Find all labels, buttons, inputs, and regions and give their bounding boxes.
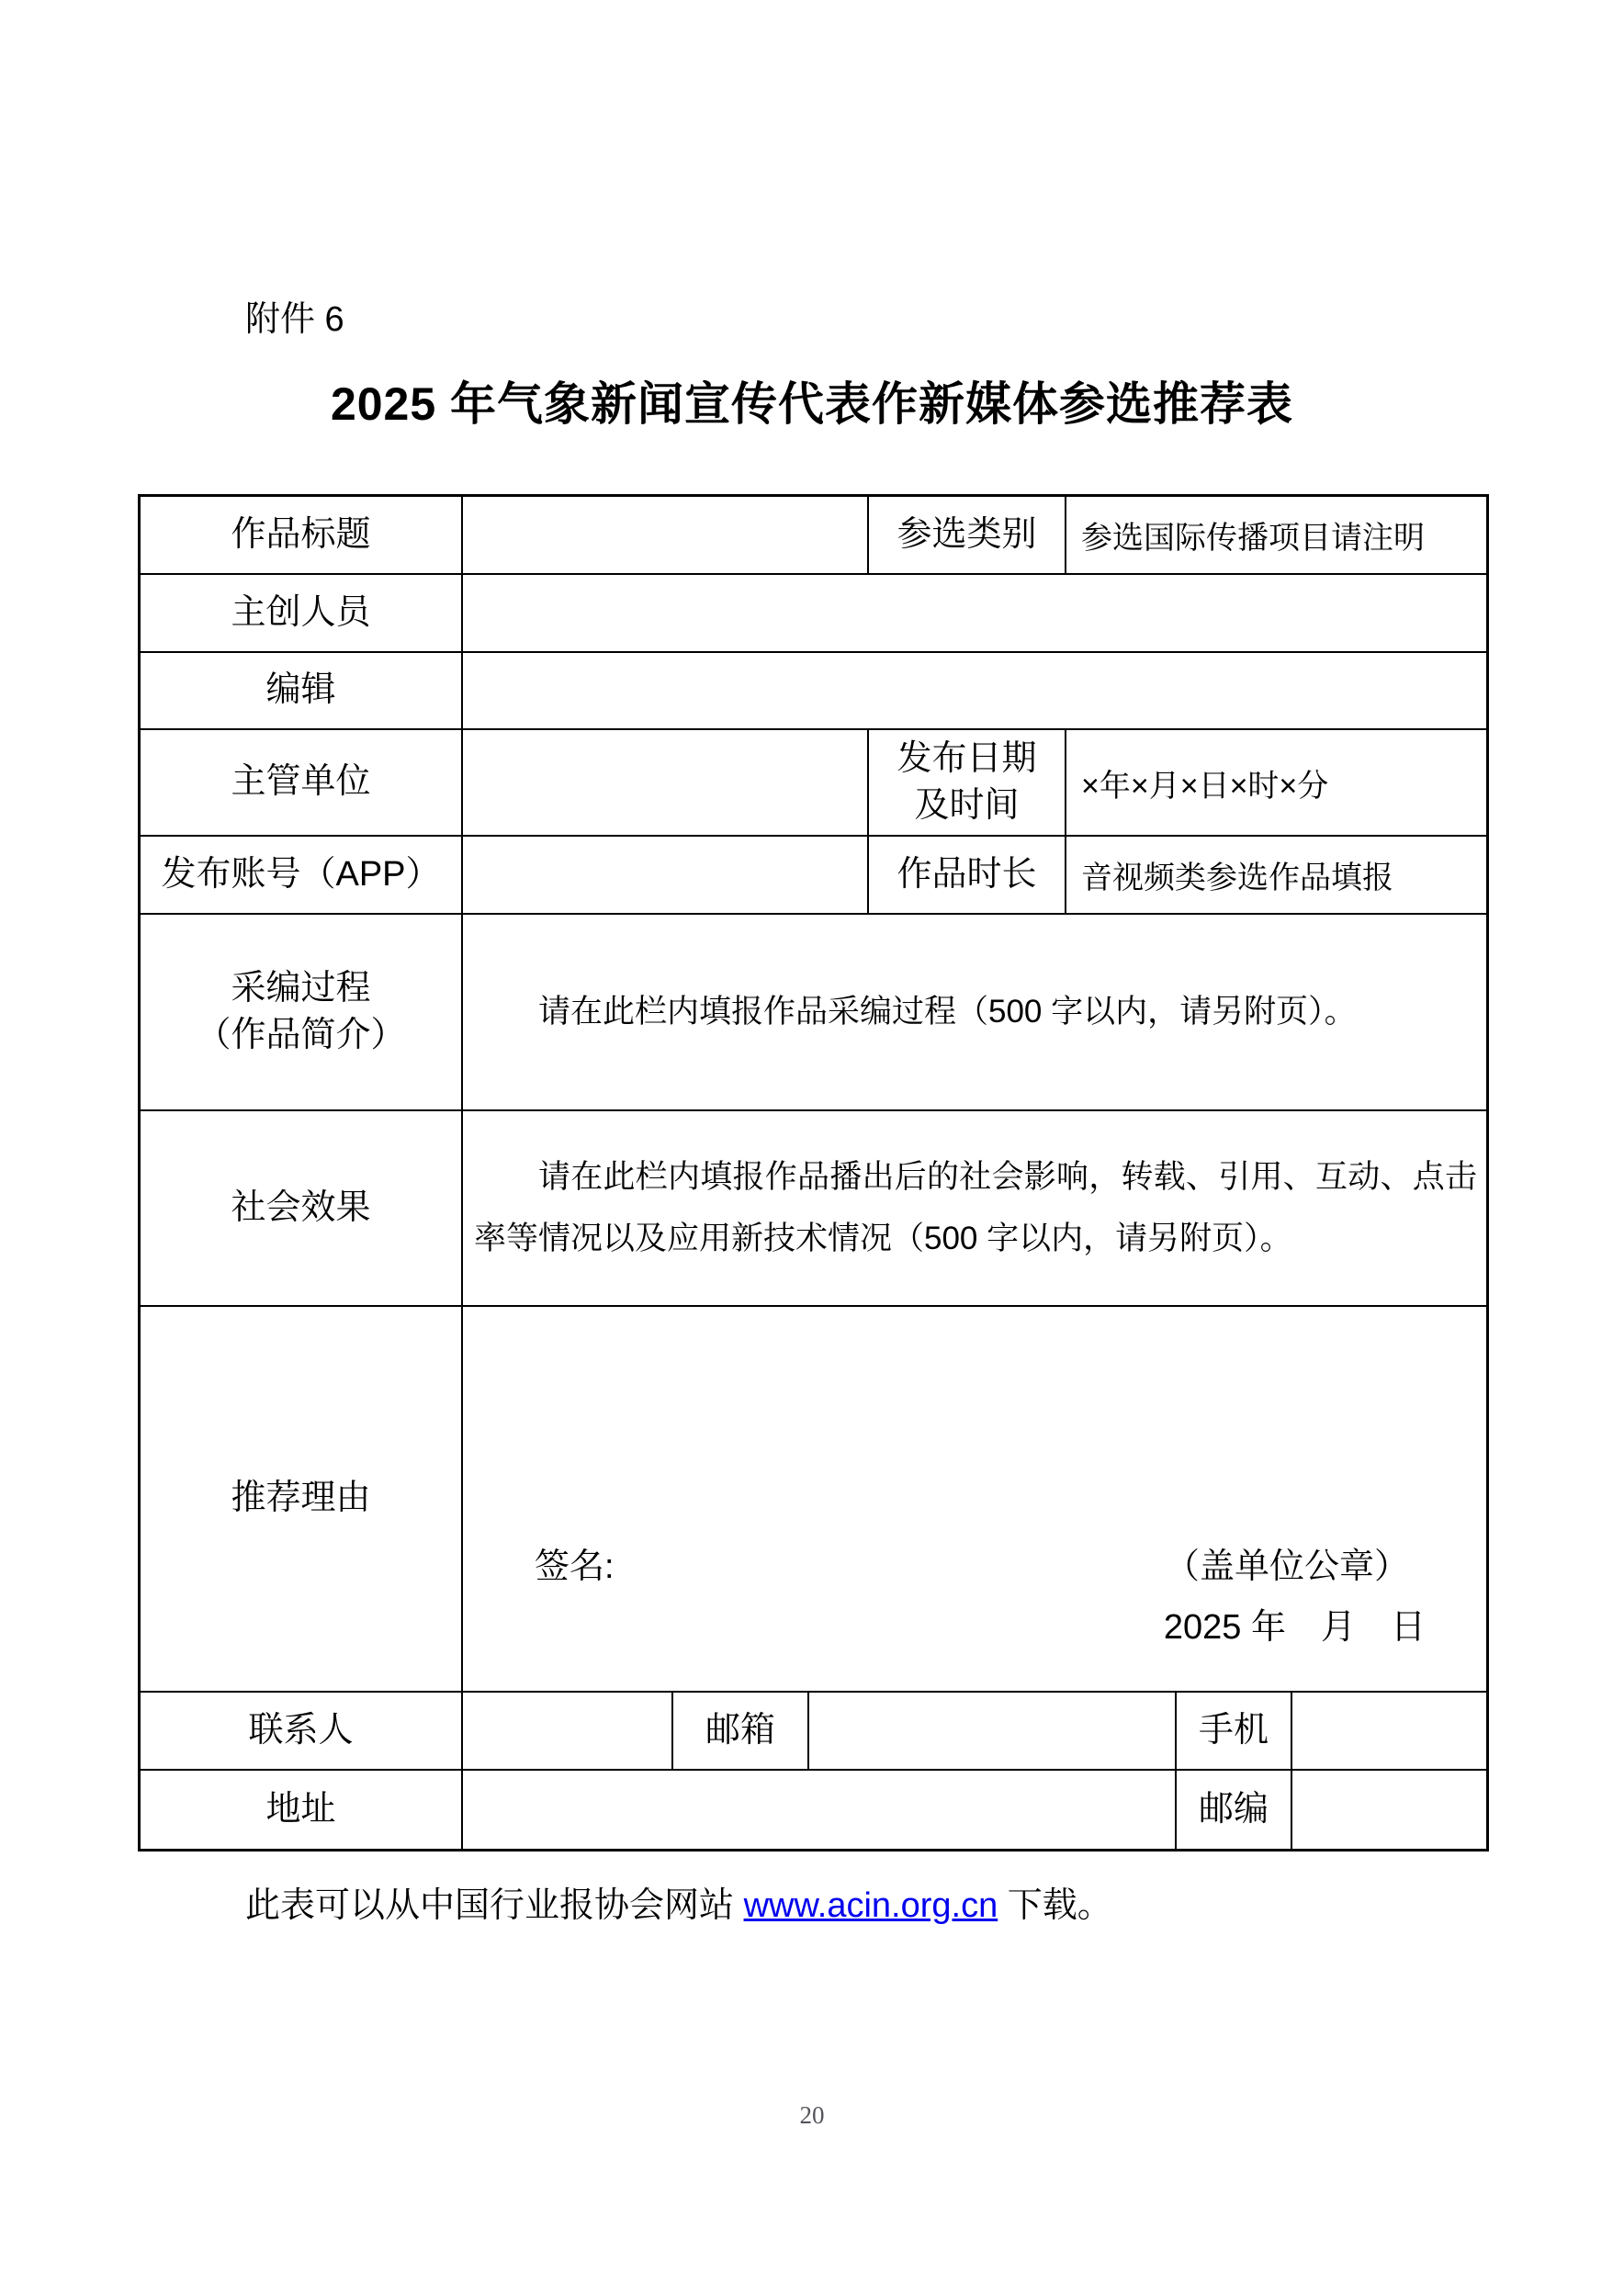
address-value-cell (463, 1771, 1177, 1849)
table-row-address: 地址 邮编 (141, 1771, 1486, 1849)
work-duration-label: 作品时长 (869, 837, 1066, 913)
download-note-prefix: 此表可以从中国行业报协会网站 (245, 1886, 744, 1925)
contact-label: 联系人 (141, 1693, 463, 1769)
supervisor-unit-label: 主管单位 (141, 730, 463, 835)
publish-datetime-note: ×年×月×日×时×分 (1066, 730, 1486, 835)
production-process-label: 采编过程 （作品简介） (141, 915, 463, 1109)
attachment-label: 附件 6 (245, 296, 344, 343)
recommendation-content-cell: 签名: （盖单位公章） 2025 年 月 日 (463, 1307, 1486, 1691)
production-process-label-line1: 采编过程 (196, 965, 405, 1012)
unit-seal-label: （盖单位公章） (1165, 1536, 1409, 1597)
main-creators-value-cell (463, 575, 1486, 651)
table-row-production-process: 采编过程 （作品简介） 请在此栏内填报作品采编过程（500 字以内，请另附页）。 (141, 915, 1486, 1111)
postcode-label: 邮编 (1177, 1771, 1292, 1849)
table-row-work-title: 作品标题 参选类别 参选国际传播项目请注明 (141, 497, 1486, 575)
publish-datetime-label-line2: 及时间 (897, 782, 1036, 829)
social-effect-instruction-cell: 请在此栏内填报作品播出后的社会影响，转载、引用、互动、点击率等情况以及应用新技术… (463, 1111, 1486, 1305)
signature-row: 签名: （盖单位公章） (463, 1536, 1486, 1597)
download-note-suffix: 下载。 (998, 1886, 1112, 1925)
email-label: 邮箱 (673, 1693, 809, 1769)
social-effect-label: 社会效果 (141, 1111, 463, 1305)
page-number: 20 (0, 2101, 1624, 2130)
recommendation-form-table: 作品标题 参选类别 参选国际传播项目请注明 主创人员 编辑 主管单位 发布日期 … (138, 494, 1489, 1851)
document-page: 附件 6 2025 年气象新闻宣传代表作新媒体参选推荐表 作品标题 参选类别 参… (0, 0, 1624, 2296)
publish-account-label: 发布账号（APP） (141, 837, 463, 913)
mobile-label: 手机 (1177, 1693, 1292, 1769)
work-title-value-cell (463, 497, 869, 573)
contact-value-cell (463, 1693, 673, 1769)
table-row-supervisor-unit: 主管单位 发布日期 及时间 ×年×月×日×时×分 (141, 730, 1486, 837)
table-row-recommendation: 推荐理由 签名: （盖单位公章） 2025 年 月 日 (141, 1307, 1486, 1693)
table-row-publish-account: 发布账号（APP） 作品时长 音视频类参选作品填报 (141, 837, 1486, 915)
table-row-editor: 编辑 (141, 653, 1486, 730)
address-label: 地址 (141, 1771, 463, 1849)
download-note: 此表可以从中国行业报协会网站 www.acin.org.cn 下载。 (245, 1881, 1112, 1930)
signature-label: 签名: (535, 1536, 615, 1597)
seal-date-line: 2025 年 月 日 (463, 1597, 1486, 1658)
work-duration-note: 音视频类参选作品填报 (1066, 837, 1486, 913)
production-process-instruction-cell: 请在此栏内填报作品采编过程（500 字以内，请另附页）。 (463, 915, 1486, 1109)
publish-datetime-label-line1: 发布日期 (897, 736, 1036, 782)
editor-label: 编辑 (141, 653, 463, 728)
work-title-label: 作品标题 (141, 497, 463, 573)
recommendation-label: 推荐理由 (141, 1307, 463, 1691)
publish-datetime-label: 发布日期 及时间 (869, 730, 1066, 835)
editor-value-cell (463, 653, 1486, 728)
mobile-value-cell (1292, 1693, 1486, 1769)
table-row-social-effect: 社会效果 请在此栏内填报作品播出后的社会影响，转载、引用、互动、点击率等情况以及… (141, 1111, 1486, 1307)
social-effect-instruction: 请在此栏内填报作品播出后的社会影响，转载、引用、互动、点击率等情况以及应用新技术… (474, 1147, 1477, 1269)
entry-category-note: 参选国际传播项目请注明 (1066, 497, 1486, 573)
email-value-cell (809, 1693, 1177, 1769)
page-title: 2025 年气象新闻宣传代表作新媒体参选推荐表 (0, 367, 1624, 433)
production-process-instruction: 请在此栏内填报作品采编过程（500 字以内，请另附页）。 (474, 982, 1477, 1043)
table-row-contact: 联系人 邮箱 手机 (141, 1693, 1486, 1771)
supervisor-unit-value-cell (463, 730, 869, 835)
table-row-main-creators: 主创人员 (141, 575, 1486, 653)
acin-website-link[interactable]: www.acin.org.cn (744, 1886, 998, 1925)
entry-category-label: 参选类别 (869, 497, 1066, 573)
production-process-label-line2: （作品简介） (196, 1012, 405, 1059)
main-creators-label: 主创人员 (141, 575, 463, 651)
publish-account-value-cell (463, 837, 869, 913)
postcode-value-cell (1292, 1771, 1486, 1849)
